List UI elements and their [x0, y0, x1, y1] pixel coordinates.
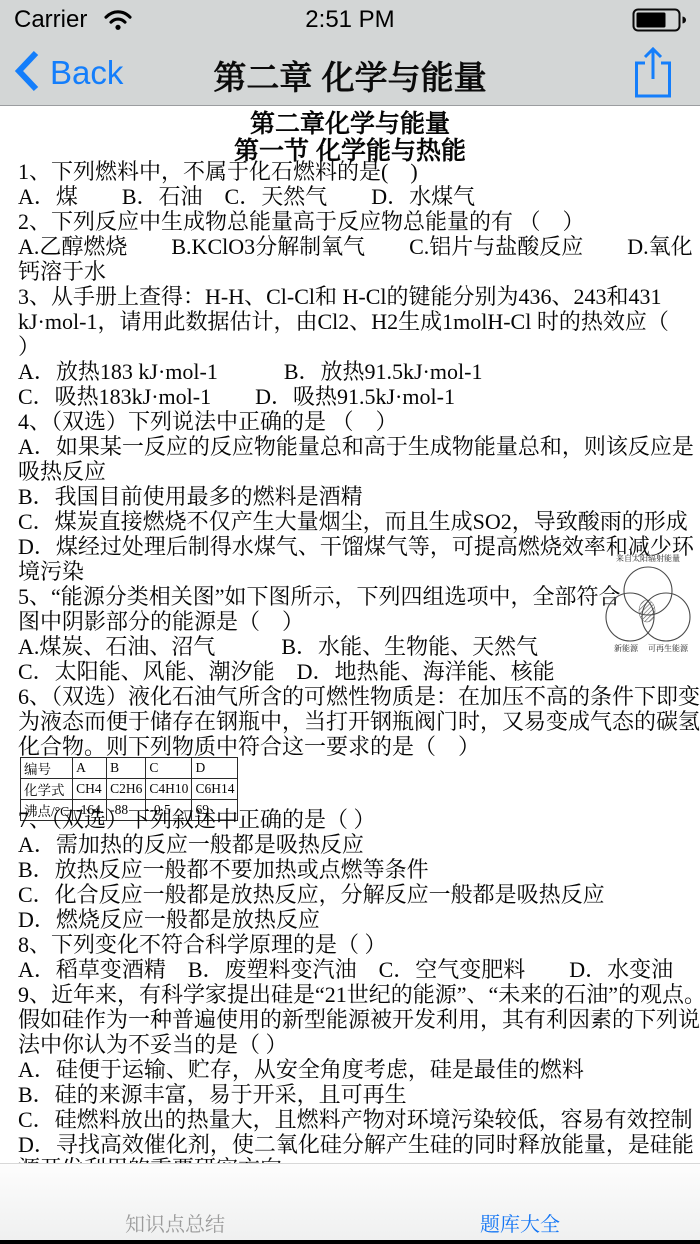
doc-line: D．燃烧反应一般都是放热反应: [0, 907, 700, 932]
doc-line: 假如硅作为一种普遍使用的新型能源被开发利用，其有利因素的下列说: [0, 1007, 700, 1032]
table-row: 编号ABCD: [21, 758, 238, 779]
doc-line: 9、近年来，有科学家提出硅是“21世纪的能源”、“未来的石油”的观点。: [0, 982, 700, 1007]
table-cell: C: [146, 758, 192, 779]
question-lines-7-9: 7、（双选）下列叙述中正确的是（ ）A．需加热的反应一般都是吸热反应B．放热反应…: [0, 807, 700, 1157]
table-cell: C6H14: [192, 779, 238, 800]
doc-line: 7、（双选）下列叙述中正确的是（ ）: [0, 807, 700, 832]
share-icon: [630, 87, 676, 104]
doc-line: 为液态而便于储存在钢瓶中，当打开钢瓶阀门时，又易变成气态的碳氢: [0, 709, 700, 734]
table-row: 化学式CH4C2H6C4H10C6H14: [21, 779, 238, 800]
doc-line: 化合物。则下列物质中符合这一要求的是（ ）: [0, 734, 700, 759]
question-bank-button[interactable]: 题库大全: [460, 1208, 580, 1237]
doc-line: A．煤 B．石油 C．天然气 D．水煤气: [0, 184, 700, 209]
doc-line: C．硅燃料放出的热量大，且燃料产物对环境污染较低，容易有效控制: [0, 1107, 700, 1132]
doc-line: 6、（双选）液化石油气所含的可燃性物质是：在加压不高的条件下即变: [0, 684, 700, 709]
status-bar: Carrier 2:51 PM: [0, 0, 700, 40]
battery-icon: [632, 8, 688, 38]
bottom-toolbar: 知识点总结 题库大全: [0, 1163, 700, 1240]
table-cell: C4H10: [146, 779, 192, 800]
doc-line: 吸热反应: [0, 459, 700, 484]
doc-line: B．我国目前使用最多的燃料是酒精: [0, 484, 700, 509]
doc-line: 8、下列变化不符合科学原理的是（ ）: [0, 932, 700, 957]
table-cell: A: [73, 758, 107, 779]
table-cell: C2H6: [107, 779, 146, 800]
status-time: 2:51 PM: [0, 6, 700, 34]
table-cell: 编号: [21, 758, 73, 779]
doc-line: C．太阳能、风能、潮汐能 D．地热能、海洋能、核能: [0, 659, 700, 684]
table-cell: D: [192, 758, 238, 779]
clipped-text-line: 源开发利用的重要研究方向: [0, 1156, 700, 1163]
energy-venn-diagram: 来自太阳辐射能量 新能源 可再生能源: [594, 553, 700, 662]
doc-line: A.乙醇燃烧 B.KClO3分解制氧气 C.铝片与盐酸反应 D.氧化: [0, 234, 700, 259]
venn-bottom-right-label: 可再生能源: [648, 643, 689, 653]
doc-line: A．需加热的反应一般都是吸热反应: [0, 832, 700, 857]
doc-line: 1、下列燃料中，不属于化石燃料的是( ): [0, 159, 700, 184]
doc-line: B．放热反应一般都不要加热或点燃等条件: [0, 857, 700, 882]
table-cell: 化学式: [21, 779, 73, 800]
doc-line: 2、下列反应中生成物总能量高于反应物总能量的有 （ ）: [0, 209, 700, 234]
table-cell: B: [107, 758, 146, 779]
app-window: Carrier 2:51 PM Back: [0, 0, 700, 1244]
question-lines-1-6: 1、下列燃料中，不属于化石燃料的是( )A．煤 B．石油 C．天然气 D．水煤气…: [0, 159, 700, 759]
home-indicator-bar: [0, 1240, 700, 1244]
share-button[interactable]: [630, 46, 676, 105]
doc-line: kJ·mol-1，请用此数据估计，由Cl2、H2生成1molH-Cl 时的热效应…: [0, 309, 700, 334]
doc-line: A．放热183 kJ·mol-1 B．放热91.5kJ·mol-1: [0, 359, 700, 384]
doc-line: D．寻找高效催化剂，使二氧化硅分解产生硅的同时释放能量，是硅能: [0, 1132, 700, 1157]
doc-line: C．吸热183kJ·mol-1 D．吸热91.5kJ·mol-1: [0, 384, 700, 409]
doc-line: 钙溶于水: [0, 259, 700, 284]
doc-line: C．化合反应一般都是放热反应，分解反应一般都是吸热反应: [0, 882, 700, 907]
navigation-bar: Back 第二章 化学与能量: [0, 40, 700, 106]
doc-line: 4、（双选）下列说法中正确的是 （ ）: [0, 409, 700, 434]
doc-line: A．稻草变酒精 B．废塑料变汽油 C．空气变肥料 D．水变油: [0, 957, 700, 982]
back-chevron-icon: [14, 49, 40, 98]
doc-heading-chapter: 第二章化学与能量: [0, 111, 700, 138]
table-cell: CH4: [73, 779, 107, 800]
doc-line: ）: [0, 334, 700, 359]
knowledge-summary-button[interactable]: 知识点总结: [115, 1208, 235, 1237]
venn-top-label: 来自太阳辐射能量: [616, 553, 680, 563]
page-title: 第二章 化学与能量: [100, 52, 600, 99]
document-content[interactable]: 第二章化学与能量 第一节 化学能与热能 1、下列燃料中，不属于化石燃料的是( )…: [0, 107, 700, 1163]
doc-line: 3、从手册上查得：H-H、Cl-Cl和 H-Cl的键能分别为436、243和43…: [0, 284, 700, 309]
doc-line: A．硅便于运输、贮存，从安全角度考虑，硅是最佳的燃料: [0, 1057, 700, 1082]
doc-line: A．如果某一反应的反应物能量总和高于生成物能量总和，则该反应是: [0, 434, 700, 459]
doc-line: B．硅的来源丰富，易于开采，且可再生: [0, 1082, 700, 1107]
doc-line: 法中你认为不妥当的是（ ）: [0, 1032, 700, 1057]
venn-bottom-left-label: 新能源: [614, 643, 639, 653]
doc-line: C．煤炭直接燃烧不仅产生大量烟尘，而且生成SO2，导致酸雨的形成: [0, 509, 700, 534]
